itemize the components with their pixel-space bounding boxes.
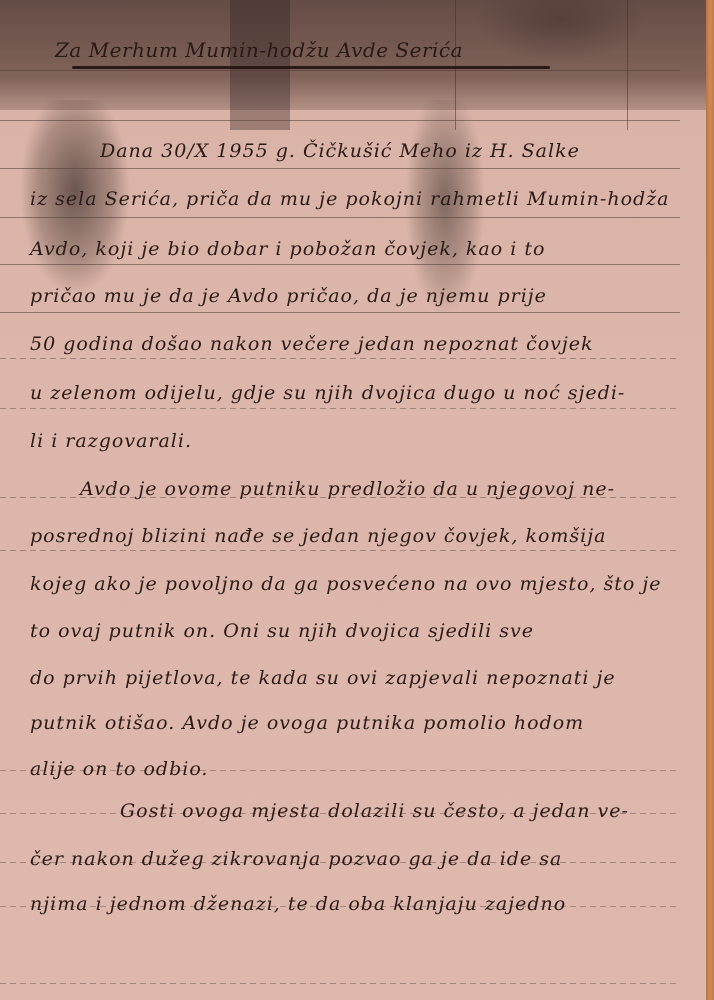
ruled-line	[0, 217, 680, 218]
ruled-line	[0, 983, 680, 984]
ruled-line	[0, 408, 680, 409]
handwritten-line: čer nakon dužeg zikrovanja pozvao ga je …	[30, 848, 562, 870]
handwritten-line: 50 godina došao nakon večere jedan nepoz…	[30, 333, 594, 355]
ruled-line	[0, 168, 680, 169]
handwritten-line: njima i jednom dženazi, te da oba klanja…	[30, 893, 566, 915]
handwritten-line: Dana 30/X 1955 g. Čičkušić Meho iz H. Sa…	[100, 140, 580, 162]
letter-title: Za Merhum Mumin-hodžu Avde Serića	[55, 38, 463, 62]
ruled-vertical-line	[455, 0, 456, 130]
ruled-line	[0, 550, 680, 551]
ruled-line	[0, 70, 680, 71]
handwritten-line: posrednoj blizini nađe se jedan njegov č…	[30, 525, 606, 547]
ruled-line	[0, 312, 680, 313]
handwritten-line: kojeg ako je povoljno da ga posvećeno na…	[30, 573, 662, 595]
ruled-line	[0, 264, 680, 265]
handwritten-line: li i razgovarali.	[30, 430, 192, 452]
handwritten-line: Avdo, koji je bio dobar i pobožan čovjek…	[30, 238, 545, 260]
handwritten-line: to ovaj putnik on. Oni su njih dvojica s…	[30, 620, 534, 642]
handwritten-line: putnik otišao. Avdo je ovoga putnika pom…	[30, 712, 584, 734]
ruled-line	[0, 120, 680, 121]
photocopy-smudge-band	[230, 0, 290, 130]
handwritten-line: Avdo je ovome putniku predložio da u nje…	[80, 478, 615, 500]
title-underline	[72, 66, 550, 69]
handwritten-line: iz sela Serića, priča da mu je pokojni r…	[30, 188, 670, 210]
ruled-vertical-line	[627, 0, 628, 130]
ruled-line	[0, 358, 680, 359]
letter-page: Za Merhum Mumin-hodžu Avde Serića Dana 3…	[0, 0, 706, 1000]
handwritten-line: pričao mu je da je Avdo pričao, da je nj…	[30, 285, 547, 307]
handwritten-line: do prvih pijetlova, te kada su ovi zapje…	[30, 667, 616, 689]
wooden-surface-edge	[706, 0, 714, 1000]
handwritten-line: u zelenom odijelu, gdje su njih dvojica …	[30, 382, 625, 404]
handwritten-line: alije on to odbio.	[30, 758, 208, 780]
handwritten-line: Gosti ovoga mjesta dolazili su često, a …	[120, 800, 629, 822]
